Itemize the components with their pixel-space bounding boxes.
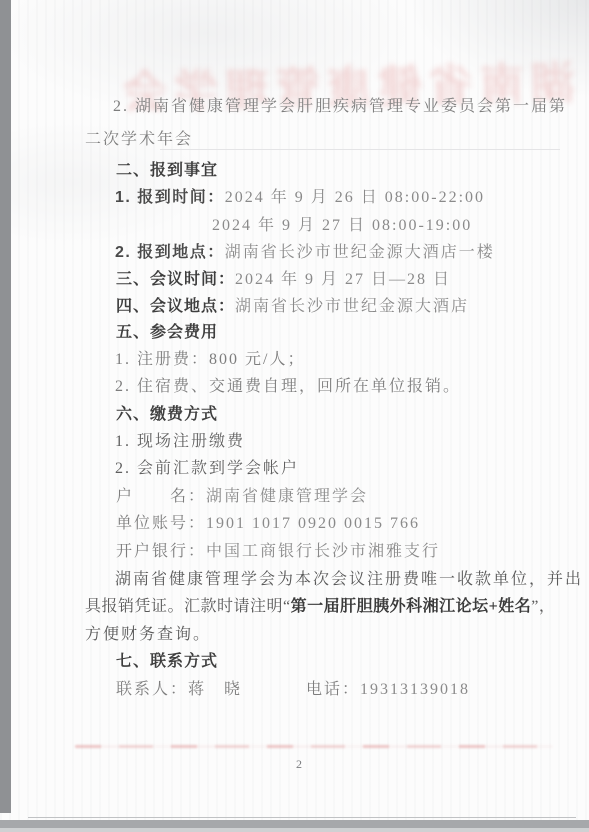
scanned-document-page: 湖南省健康管理学会 2. 湖南省健康管理学会肝胆疾病管理专业委员会第一届第 二次…	[0, 0, 589, 832]
payment-note-line2: 具报销凭证。汇款时请注明“第一届肝胆胰外科湘江论坛+姓名”，	[85, 599, 555, 615]
registration-time-value1: 2024 年 9 月 26 日 08:00-22:00	[225, 189, 485, 206]
registration-time-line: 1. 报到时间：2024 年 9 月 26 日 08:00-22:00	[115, 190, 485, 206]
section-heading-payment: 六、缴费方式	[116, 407, 218, 423]
contact-phone-label: 电话：	[306, 681, 360, 698]
fees-item2: 2. 住宿费、交通费自理，回所在单位报销。	[115, 379, 461, 395]
meeting-place-line: 四、会议地点：湖南省长沙市世纪金源大酒店	[116, 299, 469, 315]
page-number: 2	[296, 757, 302, 772]
bank-label: 开户银行：	[116, 543, 206, 560]
registration-place-label: 2. 报到地点：	[115, 244, 225, 261]
registration-time-value2: 2024 年 9 月 27 日 08:00-19:00	[212, 218, 472, 234]
section-heading-contact: 七、联系方式	[116, 654, 218, 670]
payment-note-line2-post: ”，	[531, 598, 555, 615]
payment-note-line2-pre: 具报销凭证。汇款时请注明“	[85, 598, 291, 615]
pink-scan-smudge	[75, 745, 553, 748]
contact-phone-value: 19313139018	[360, 681, 470, 698]
registration-time-label: 1. 报到时间：	[115, 189, 225, 206]
account-name-value: 湖南省健康管理学会	[206, 488, 368, 505]
payment-note-forum-name: 第一届肝胆胰外科湘江论坛+姓名	[291, 598, 532, 615]
meeting-place-value: 湖南省长沙市世纪金源大酒店	[235, 298, 469, 315]
scan-edge-left	[0, 0, 11, 813]
meeting-time-label: 三、会议时间：	[116, 271, 235, 288]
payment-item2: 2. 会前汇款到学会帐户	[115, 461, 299, 477]
contact-line: 联系人：蒋 晓电话：19313139018	[116, 682, 470, 698]
payment-item1: 1. 现场注册缴费	[115, 434, 245, 450]
scan-edge-bottom	[0, 820, 589, 828]
contact-person-name: 蒋 晓	[188, 681, 242, 698]
fees-item1: 1. 注册费：800 元/人；	[115, 352, 305, 368]
section-heading-fees: 五、参会费用	[116, 325, 218, 341]
registration-place-line: 2. 报到地点：湖南省长沙市世纪金源大酒店一楼	[115, 245, 495, 261]
payment-note-line3: 方便财务查询。	[85, 627, 211, 643]
account-name-line: 户 名：湖南省健康管理学会	[116, 489, 368, 505]
meeting-time-value: 2024 年 9 月 27 日—28 日	[235, 271, 451, 288]
section-heading-registration: 二、报到事宜	[116, 163, 218, 179]
account-number-line: 单位账号：1901 1017 0920 0015 766	[116, 516, 420, 532]
account-number-value: 1901 1017 0920 0015 766	[206, 515, 420, 532]
contact-person-label: 联系人：	[116, 681, 188, 698]
meeting-time-line: 三、会议时间：2024 年 9 月 27 日—28 日	[116, 272, 451, 288]
account-name-label: 户 名：	[116, 488, 206, 505]
registration-place-value: 湖南省长沙市世纪金源大酒店一楼	[225, 244, 495, 261]
scan-edge-bottom-soft	[0, 828, 589, 832]
payment-note-line1: 湖南省健康管理学会为本次会议注册费唯一收款单位，并出	[115, 572, 583, 588]
faint-scan-line	[160, 149, 560, 150]
page-bottom-edge-line	[28, 817, 576, 818]
prev-item-line2: 二次学术年会	[85, 132, 193, 148]
prev-item-line1: 2. 湖南省健康管理学会肝胆疾病管理专业委员会第一届第	[113, 99, 567, 115]
account-number-label: 单位账号：	[116, 515, 206, 532]
bank-line: 开户银行：中国工商银行长沙市湘雅支行	[116, 544, 440, 560]
meeting-place-label: 四、会议地点：	[116, 298, 235, 315]
bank-value: 中国工商银行长沙市湘雅支行	[206, 543, 440, 560]
